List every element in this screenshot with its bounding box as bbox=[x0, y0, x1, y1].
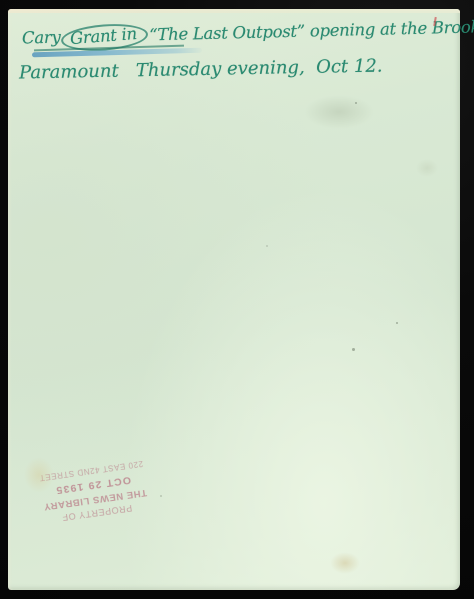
paper-smudge bbox=[416, 159, 438, 177]
paper-speck bbox=[396, 322, 398, 324]
paper-top-edge bbox=[8, 9, 460, 13]
caption-rest-segment: “The Last Outpost” opening at the Brookl… bbox=[144, 17, 474, 45]
paper-smudge bbox=[304, 95, 374, 129]
handwritten-caption-line2: Paramount Thursday evening, Oct 12. bbox=[19, 56, 383, 84]
paper-speck bbox=[355, 102, 357, 104]
photo-back-paper: Cary Grant in “The Last Outpost” opening… bbox=[8, 9, 460, 590]
paper-speck bbox=[352, 348, 355, 351]
handwritten-caption-line1: Cary Grant in “The Last Outpost” opening… bbox=[22, 18, 472, 51]
scan-background: Cary Grant in “The Last Outpost” opening… bbox=[0, 0, 474, 599]
caption-name-segment: Cary bbox=[22, 27, 66, 47]
archive-date-stamp: PROPERTY OF THE NEWS LIBRARY OCT 29 1935… bbox=[27, 455, 161, 527]
paper-speck bbox=[266, 245, 268, 247]
paper-stain bbox=[330, 552, 360, 574]
paper-speck bbox=[160, 495, 162, 497]
